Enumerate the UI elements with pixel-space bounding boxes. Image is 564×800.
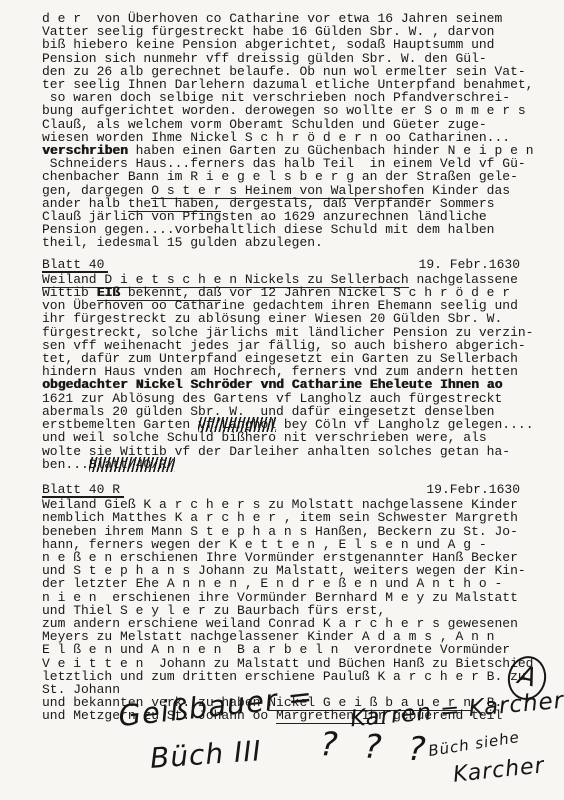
entry-heading: Blatt 40	[42, 258, 108, 273]
handwritten-note-buch: Büch III	[150, 744, 262, 765]
handwritten-note-question-marks: ? ? ?	[320, 737, 434, 756]
entry-heading: Blatt 40 R	[42, 483, 124, 498]
document-page: d e r von Überhoven co Catharine vor etw…	[0, 0, 564, 800]
text-line: wolte sie Wittib vf der Darleiher anhalt…	[42, 445, 522, 458]
section-body: d e r von Überhoven co Catharine vor etw…	[42, 12, 522, 250]
handwritten-note-karcher: Karcher	[453, 759, 546, 782]
entry-header: Blatt 40 19. Febr.1630	[42, 258, 520, 273]
typewritten-text: d e r von Überhoven co Catharine vor etw…	[42, 12, 522, 723]
section-blatt-40: Blatt 40 19. Febr.1630 Weiland D i e t s…	[42, 258, 522, 471]
handwritten-note-siehe: Büch siehe	[428, 731, 521, 758]
entry-date: 19.Febr.1630	[426, 483, 520, 496]
section-continuation: d e r von Überhoven co Catharine vor etw…	[42, 12, 522, 250]
circled-letter: A	[517, 670, 537, 687]
entry-header: Blatt 40 R 19.Febr.1630	[42, 483, 520, 498]
section-body: Weiland D i e t s c h e n Nickels zu Sel…	[42, 273, 522, 471]
entry-date: 19. Febr.1630	[419, 258, 520, 271]
text-line: ben...Blatt/40/R/	[42, 458, 522, 471]
text-line: theil, iedesmal 15 gulden abzulegen.	[42, 236, 522, 249]
